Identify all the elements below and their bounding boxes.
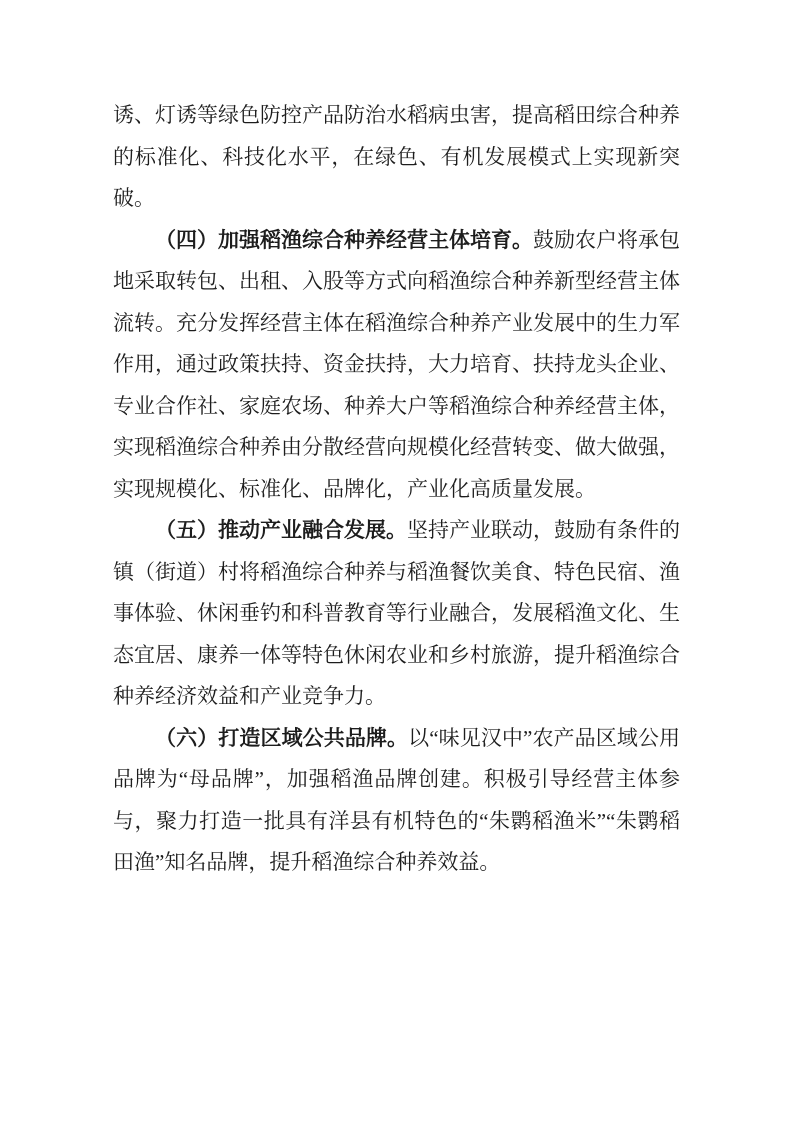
document-text-block: 诱、灯诱等绿色防控产品防治水稻病虫害，提高稻田综合种养的标准化、科技化水平，在绿… (113, 95, 680, 884)
section-6-heading: （六）打造区域公共品牌。 (155, 726, 408, 750)
section-4-text: 鼓励农户将承包地采取转包、出租、入股等方式向稻渔综合种养新型经营主体流转。充分发… (113, 228, 680, 501)
document-page: 诱、灯诱等绿色防控产品防治水稻病虫害，提高稻田综合种养的标准化、科技化水平，在绿… (0, 0, 793, 1122)
paragraph-continuation-text: 诱、灯诱等绿色防控产品防治水稻病虫害，提高稻田综合种养的标准化、科技化水平，在绿… (113, 103, 680, 210)
paragraph-section-6: （六）打造区域公共品牌。以“味见汉中”农产品区域公用品牌为“母品牌”，加强稻渔品… (113, 718, 680, 884)
section-5-heading: （五）推动产业融合发展。 (155, 518, 407, 542)
paragraph-continuation: 诱、灯诱等绿色防控产品防治水稻病虫害，提高稻田综合种养的标准化、科技化水平，在绿… (113, 95, 680, 220)
paragraph-section-4: （四）加强稻渔综合种养经营主体培育。鼓励农户将承包地采取转包、出租、入股等方式向… (113, 220, 680, 511)
paragraph-section-5: （五）推动产业融合发展。坚持产业联动，鼓励有条件的镇（街道）村将稻渔综合种养与稻… (113, 510, 680, 718)
section-5-text: 坚持产业联动，鼓励有条件的镇（街道）村将稻渔综合种养与稻渔餐饮美食、特色民宿、渔… (113, 518, 680, 708)
section-4-heading: （四）加强稻渔综合种养经营主体培育。 (155, 228, 533, 252)
